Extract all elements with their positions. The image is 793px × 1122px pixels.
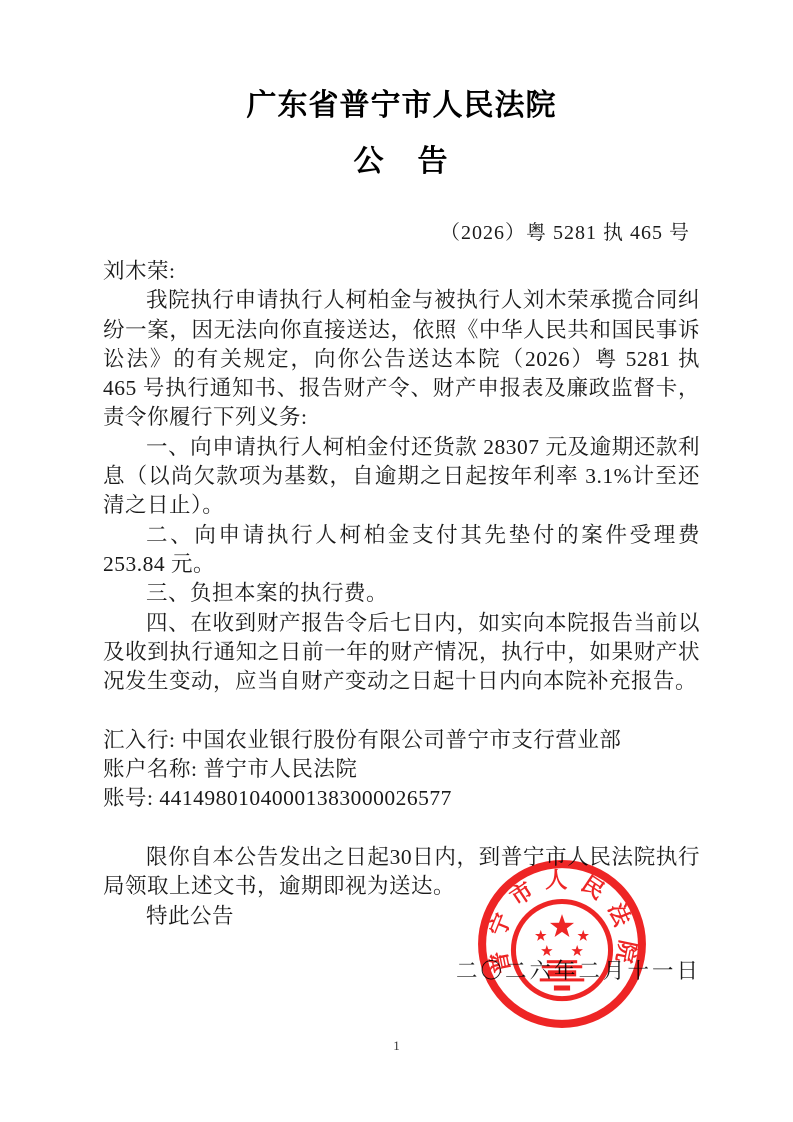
case-number: （2026）粤 5281 执 465 号	[103, 216, 700, 245]
notice-document-page: 广东省普宁市人民法院 公 告 （2026）粤 5281 执 465 号 刘木荣:…	[0, 0, 793, 1122]
paragraph-intro: 我院执行申请执行人柯柏金与被执行人刘木荣承揽合同纠纷一案，因无法向你直接送达，依…	[103, 286, 700, 432]
notice-body: 刘木荣: 我院执行申请执行人柯柏金与被执行人刘木荣承揽合同纠纷一案，因无法向你直…	[103, 257, 700, 931]
issue-date: 二〇二六年二月十一日	[456, 954, 701, 985]
remittance-account-number: 账号: 44149801040001383000026577	[103, 784, 700, 813]
blank-line	[103, 696, 700, 725]
paragraph-obligation-3: 三、负担本案的执行费。	[103, 579, 700, 608]
paragraph-obligation-1: 一、向申请执行人柯柏金付还货款 28307 元及逾期还款利息（以尚欠款项为基数，…	[103, 433, 700, 521]
recipient-name: 刘木荣:	[103, 257, 700, 286]
remittance-bank: 汇入行: 中国农业银行股份有限公司普宁市支行营业部	[103, 726, 700, 755]
court-name-title: 广东省普宁市人民法院	[103, 80, 700, 124]
paragraph-obligation-2: 二、向申请执行人柯柏金支付其先垫付的案件受理费 253.84 元。	[103, 521, 700, 580]
blank-line	[103, 814, 700, 843]
remittance-account-name: 账户名称: 普宁市人民法院	[103, 755, 700, 784]
paragraph-deadline: 限你自本公告发出之日起30日内，到普宁市人民法院执行局领取上述文书，逾期即视为送…	[103, 843, 700, 902]
document-content: 广东省普宁市人民法院 公 告 （2026）粤 5281 执 465 号 刘木荣:…	[0, 0, 793, 931]
document-type-title: 公 告	[103, 136, 700, 180]
page-number: 1	[0, 1038, 793, 1054]
paragraph-hereby: 特此公告	[103, 902, 700, 931]
paragraph-obligation-4: 四、在收到财产报告令后七日内，如实向本院报告当前以及收到执行通知之日前一年的财产…	[103, 609, 700, 697]
